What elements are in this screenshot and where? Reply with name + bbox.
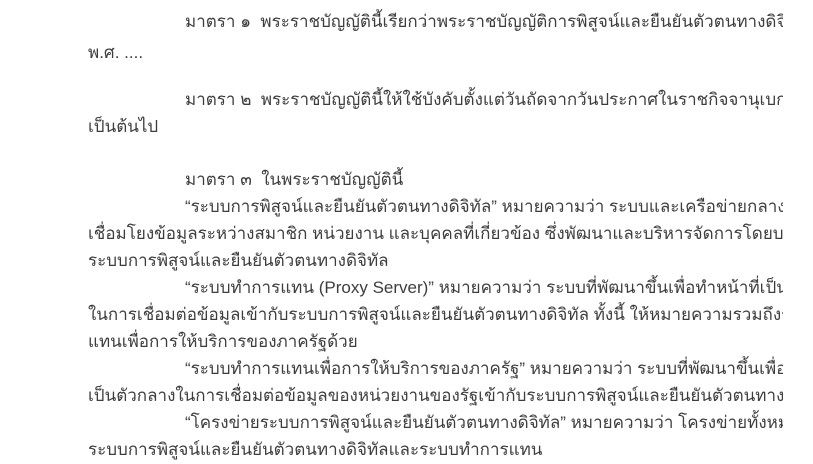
line-def-proxy-server-1: “ระบบทำการแทน (Proxy Server)” หมายความว่… — [88, 274, 783, 301]
line-def-gov-proxy-2: เป็นตัวกลางในการเชื่อมต่อข้อมูลของหน่วยง… — [88, 382, 783, 409]
line-def-digital-id-system-1: “ระบบการพิสูจน์และยืนยันตัวตนทางดิจิทัล”… — [88, 193, 783, 220]
line-matra-2: มาตรา ๒ พระราชบัญญัตินี้ให้ใช้บังคับตั้ง… — [88, 86, 783, 113]
line-def-network-2: ระบบการพิสูจน์และยืนยันตัวตนทางดิจิทัลแล… — [88, 436, 783, 463]
line-def-digital-id-system-2: เชื่อมโยงข้อมูลระหว่างสมาชิก หน่วยงาน แล… — [88, 220, 783, 247]
document-page: มาตรา ๑ พระราชบัญญัตินี้เรียกว่าพระราชบั… — [0, 0, 813, 464]
line-matra-1: มาตรา ๑ พระราชบัญญัตินี้เรียกว่าพระราชบั… — [88, 8, 783, 35]
line-matra-2-cont: เป็นต้นไป — [88, 113, 783, 140]
line-def-digital-id-system-3: ระบบการพิสูจน์และยืนยันตัวตนทางดิจิทัล — [88, 247, 783, 274]
line-def-proxy-server-3: แทนเพื่อการให้บริการของภาครัฐด้วย — [88, 328, 783, 355]
line-por-sor: พ.ศ. .... — [88, 39, 783, 66]
document-body: มาตรา ๑ พระราชบัญญัตินี้เรียกว่าพระราชบั… — [88, 8, 783, 463]
line-def-gov-proxy-1: “ระบบทำการแทนเพื่อการให้บริการของภาครัฐ”… — [88, 355, 783, 382]
line-matra-3: มาตรา ๓ ในพระราชบัญญัตินี้ — [88, 166, 783, 193]
line-def-proxy-server-2: ในการเชื่อมต่อข้อมูลเข้ากับระบบการพิสูจน… — [88, 301, 783, 328]
line-def-network-1: “โครงข่ายระบบการพิสูจน์และยืนยันตัวตนทาง… — [88, 409, 783, 436]
